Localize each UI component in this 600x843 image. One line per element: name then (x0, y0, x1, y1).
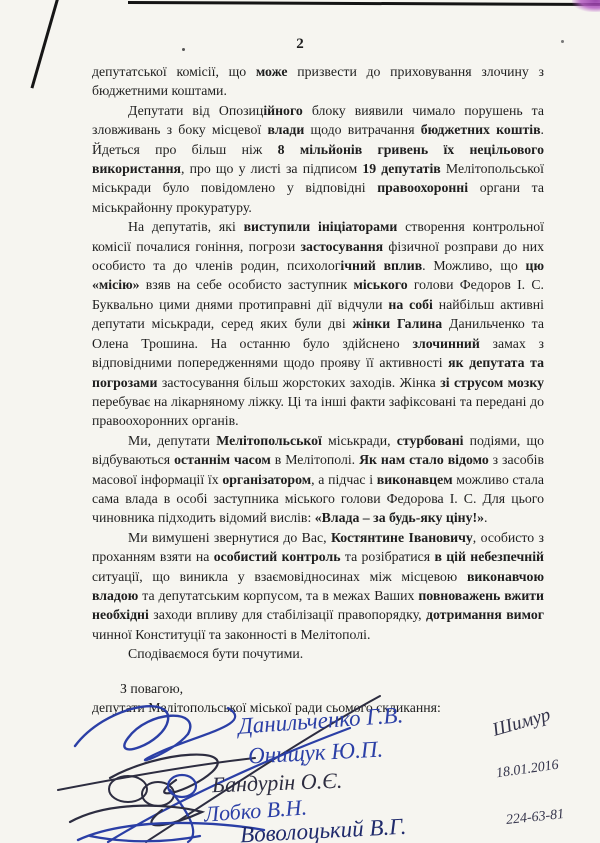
paragraph-1: депутатської комісії, що може призвести … (92, 62, 544, 101)
page-number: 2 (0, 36, 600, 53)
scan-edge-line (128, 1, 600, 6)
paragraph-2: Депутати від Опозиційного блоку виявили … (92, 101, 544, 217)
signature-block: Данильченко Г.В. Онищук Ю.П. Бандурін О.… (0, 694, 600, 843)
signature-name-bandurin: Бандурін О.Є. (212, 768, 343, 799)
paragraph-6: Сподіваємося бути почутими. (92, 644, 544, 663)
scan-corner-smudge (572, 0, 600, 12)
paragraph-5: Ми вимушені звернутися до Вас, Костянтин… (92, 528, 544, 644)
signature-right-scribble: Шимур (490, 704, 553, 741)
letter-body: депутатської комісії, що може призвести … (92, 62, 544, 717)
handwritten-phone-number: 224-63-81 (505, 807, 565, 829)
handwritten-date: 18.01.2016 (495, 758, 560, 783)
document-page: 2 депутатської комісії, що може призвест… (0, 0, 600, 843)
paragraph-4: Ми, депутати Мелітопольської міськради, … (92, 431, 544, 528)
paragraph-3: На депутатів, які виступили ініціаторами… (92, 217, 544, 430)
